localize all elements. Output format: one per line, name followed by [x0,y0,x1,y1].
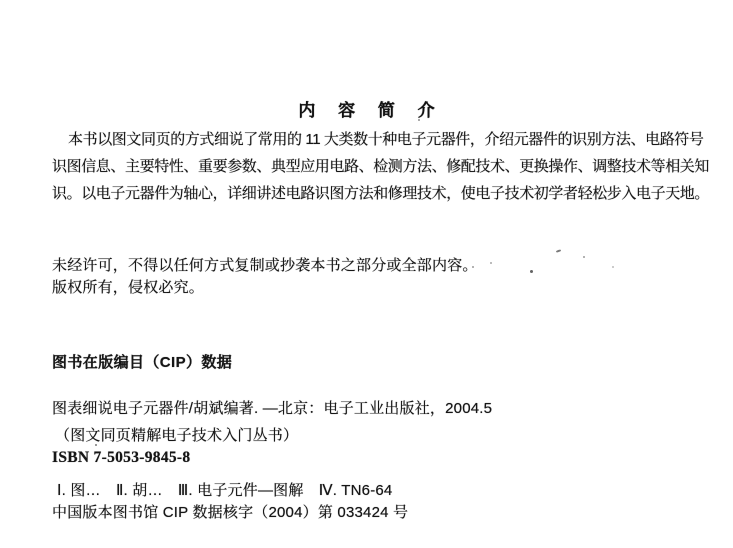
scan-speck [472,266,474,268]
scan-speck [95,444,97,446]
copyright-notice-line-2: 版权所有，侵权必究。 [52,276,204,297]
intro-paragraph-line-2: 识图信息、主要特性、重要参数、典型应用电路、检测方法、修配技术、更换操作、调整技… [52,155,709,176]
cip-series-title: （图文同页精解电子技术入门丛书） [55,424,298,445]
cip-book-info: 图表细说电子元器件/胡斌编著. —北京：电子工业出版社，2004.5 [52,397,492,418]
scan-speck [455,258,457,260]
scan-speck [612,266,614,268]
scan-speck [490,262,492,264]
book-copyright-page: 内 容 简 介 本书以图文同页的方式细说了常用的 11 大类数十种电子元器件，介… [0,0,733,548]
isbn-number: ISBN 7-5053-9845-8 [52,449,190,467]
cip-registration-number: 中国版本图书馆 CIP 数据核字（2004）第 033424 号 [52,501,408,522]
intro-paragraph-line-1: 本书以图文同页的方式细说了常用的 11 大类数十种电子元器件，介绍元器件的识别方… [68,128,704,149]
scan-speck [418,119,420,121]
intro-paragraph-line-3: 识。以电子元器件为轴心，详细讲述电路识图方法和修理技术，使电子技术初学者轻松步入… [52,182,709,203]
copyright-notice-line-1: 未经许可，不得以任何方式复制或抄袭本书之部分或全部内容。 [52,254,478,275]
cip-data-heading: 图书在版编目（CIP）数据 [52,351,232,372]
scan-speck [556,249,561,253]
scan-speck [583,256,585,258]
scan-speck [530,270,533,273]
section-title: 内 容 简 介 [0,96,733,121]
cip-classification-line: Ⅰ. 图… Ⅱ. 胡… Ⅲ. 电子元件—图解 Ⅳ. TN6-64 [57,479,392,500]
